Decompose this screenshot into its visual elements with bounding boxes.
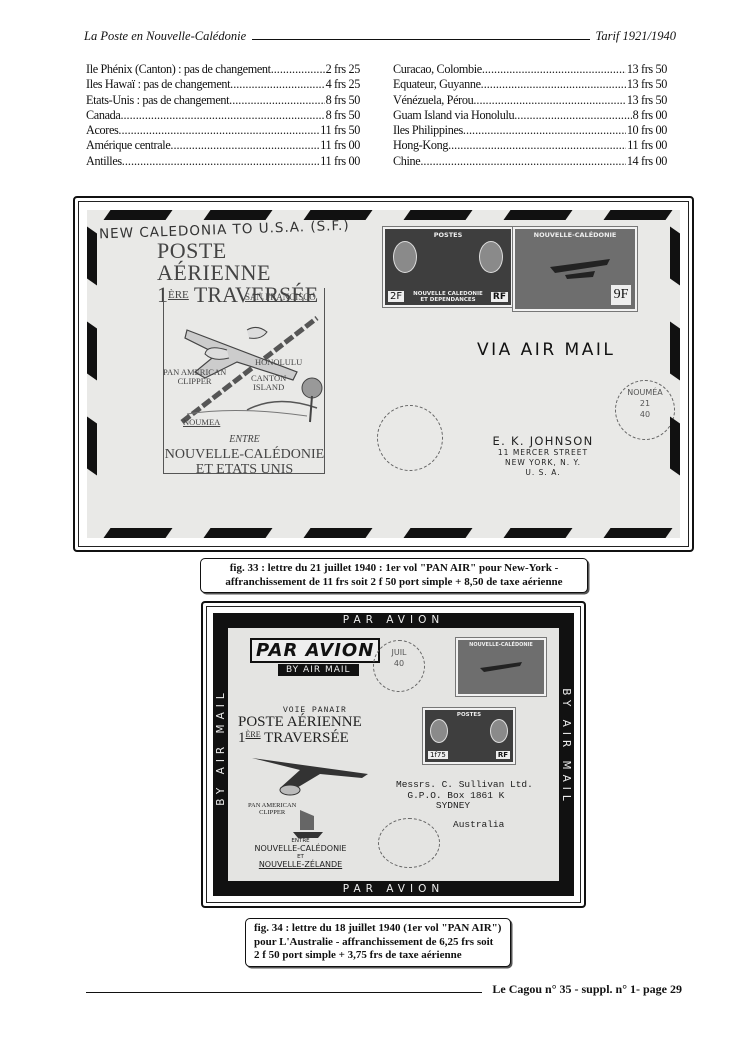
- rate-row: Curacao, Colombie13 frs 50: [393, 62, 667, 77]
- leader-dots: [271, 62, 325, 77]
- footer-page-reference: Le Cagou n° 35 - suppl. n° 1- page 29: [492, 982, 682, 997]
- cachet-san-francisco: SAN FRANCISCO: [245, 292, 316, 302]
- rate-row: Antilles11 frs 00: [86, 154, 360, 169]
- footer-rule: [86, 992, 482, 993]
- rate-row: Iles Hawaï : pas de changement4 frs 25: [86, 77, 360, 92]
- rate-destination: Curacao, Colombie: [393, 62, 482, 77]
- transit-postmark: [377, 405, 443, 471]
- rate-destination: Ile Phénix (Canton) : pas de changement: [86, 62, 271, 77]
- rate-destination: Iles Hawaï : pas de changement: [86, 77, 230, 92]
- rate-destination: Chine: [393, 154, 420, 169]
- stamp-9f-airmail: NOUVELLE-CALÉDONIE 9F: [513, 227, 637, 311]
- airmail-stripe: [87, 226, 97, 285]
- airmail-stripe: [403, 210, 472, 220]
- rate-price: 14 frs 00: [626, 154, 667, 169]
- airmail-stripe: [670, 321, 680, 380]
- recipient-address: E. K. JOHNSON 11 MERCER STREET NEW YORK,…: [473, 434, 613, 478]
- border-par-avion-top: PAR AVION: [213, 614, 574, 626]
- leader-dots: [463, 123, 626, 138]
- figure-34-frame: PAR AVION PAR AVION BY AIR MAIL BY AIR M…: [201, 601, 586, 908]
- figure-33-frame: NEW CALEDONIA TO U.S.A. (S.F.) POSTE AÉR…: [73, 196, 694, 552]
- rate-row: Vénézuela, Pérou13 frs 50: [393, 93, 667, 108]
- leader-dots: [170, 138, 319, 153]
- border-by-air-mail-right: BY AIR MAIL: [560, 621, 572, 873]
- rate-destination: Etats-Unis : pas de changement: [86, 93, 229, 108]
- cachet-title: POSTE AÉRIENNE: [157, 240, 332, 284]
- leader-dots: [230, 77, 324, 92]
- leader-dots: [122, 154, 319, 169]
- airmail-stripe: [203, 210, 272, 220]
- cachet-pan-american: PAN AMERICANCLIPPER: [163, 368, 226, 386]
- rate-row: Guam Island via Honolulu8 frs 00: [393, 108, 667, 123]
- envelope-fig33: NEW CALEDONIA TO U.S.A. (S.F.) POSTE AÉR…: [87, 210, 680, 538]
- noumea-postmark-fig34: JUIL 40: [373, 640, 425, 692]
- airmail-stripe: [303, 210, 372, 220]
- rates-list-right: Curacao, Colombie13 frs 50Equateur, Guya…: [393, 62, 667, 169]
- envelope-fig34: PAR AVION PAR AVION BY AIR MAIL BY AIR M…: [213, 613, 574, 896]
- rate-row: Acores11 frs 50: [86, 123, 360, 138]
- rate-destination: Equateur, Guyanne: [393, 77, 481, 92]
- stamp-2f: POSTES NOUVELLE CALEDONIEET DEPENDANCES …: [383, 227, 513, 307]
- leader-dots: [118, 123, 319, 138]
- leader-dots: [473, 93, 625, 108]
- rate-price: 11 frs 50: [319, 123, 360, 138]
- recipient-address-fig34: Messrs. C. Sullivan Ltd. G.P.O. Box 1861…: [396, 780, 533, 830]
- rate-row: Equateur, Guyanne13 frs 50: [393, 77, 667, 92]
- airmail-stripe: [87, 321, 97, 380]
- leader-dots: [514, 108, 631, 123]
- sailing-ship-icon: [288, 806, 328, 840]
- figure-33-caption: fig. 33 : lettre du 21 juillet 1940 : 1e…: [200, 558, 588, 593]
- airmail-stripe: [670, 226, 680, 285]
- rate-destination: Hong-Kong: [393, 138, 448, 153]
- leader-dots: [481, 77, 626, 92]
- cachet-noumea: NOUMEA: [183, 418, 220, 427]
- rate-row: Ile Phénix (Canton) : pas de changement2…: [86, 62, 360, 77]
- rate-price: 8 frs 00: [632, 108, 667, 123]
- figure-34-caption: fig. 34 : lettre du 18 juillet 1940 (1er…: [245, 918, 511, 967]
- rate-price: 8 frs 50: [325, 108, 360, 123]
- airmail-stripe: [603, 528, 672, 538]
- rate-destination: Acores: [86, 123, 118, 138]
- leader-dots: [482, 62, 626, 77]
- airmail-stripe: [670, 416, 680, 475]
- header-title-right: Tarif 1921/1940: [596, 29, 676, 44]
- rate-row: Canada8 frs 50: [86, 108, 360, 123]
- airmail-stripe: [603, 210, 672, 220]
- clipper-airplane-icon: [250, 752, 370, 802]
- border-by-air-mail-left: BY AIR MAIL: [215, 621, 227, 873]
- par-avion-label: PAR AVION BY AIR MAIL: [250, 638, 380, 663]
- rate-row: Iles Philippines10 frs 00: [393, 123, 667, 138]
- airmail-stripe: [87, 416, 97, 475]
- airmail-stripe: [403, 528, 472, 538]
- rate-destination: Iles Philippines: [393, 123, 463, 138]
- leader-dots: [420, 154, 625, 169]
- airmail-stripe: [103, 528, 172, 538]
- rate-row: Amérique centrale11 frs 00: [86, 138, 360, 153]
- stamp-1f75: POSTES 1f75 RF: [423, 708, 515, 764]
- rate-row: Hong-Kong11 frs 00: [393, 138, 667, 153]
- rate-destination: Canada: [86, 108, 120, 123]
- rate-row: Etats-Unis : pas de changement8 frs 50: [86, 93, 360, 108]
- rate-price: 13 frs 50: [626, 77, 667, 92]
- rate-price: 13 frs 50: [626, 93, 667, 108]
- rate-price: 10 frs 00: [626, 123, 667, 138]
- rate-destination: Vénézuela, Pérou: [393, 93, 473, 108]
- envelope-fig34-face: PAR AVION BY AIR MAIL JUIL 40 NOUVELLE-C…: [228, 628, 559, 881]
- via-air-mail-label: VIA AIR MAIL: [477, 340, 615, 360]
- header-rule: [252, 39, 589, 40]
- airmail-stripe: [503, 528, 572, 538]
- rate-price: 11 frs 00: [319, 138, 360, 153]
- rate-destination: Guam Island via Honolulu: [393, 108, 514, 123]
- page-footer: Le Cagou n° 35 - suppl. n° 1- page 29: [86, 982, 682, 997]
- cachet-canton: CANTONISLAND: [251, 374, 286, 392]
- leader-dots: [229, 93, 324, 108]
- first-flight-cachet: POSTE AÉRIENNE 1ÈRE TRAVERSÉE SAN FRANCI…: [157, 240, 332, 480]
- noumea-postmark: NOUMÉA 21 40: [615, 380, 675, 440]
- rate-price: 11 frs 00: [319, 154, 360, 169]
- cachet-bottom-text: ENTRE NOUVELLE-CALÉDONIE ET ETATS UNIS: [157, 432, 332, 477]
- rate-price: 11 frs 00: [626, 138, 667, 153]
- rate-price: 8 frs 50: [325, 93, 360, 108]
- rate-destination: Antilles: [86, 154, 122, 169]
- header-title-left: La Poste en Nouvelle-Calédonie: [84, 29, 246, 44]
- airmail-stripe: [303, 528, 372, 538]
- rate-row: Chine14 frs 00: [393, 154, 667, 169]
- rate-destination: Amérique centrale: [86, 138, 170, 153]
- airmail-stripe: [503, 210, 572, 220]
- leader-dots: [448, 138, 626, 153]
- seaplane-icon: [476, 654, 526, 682]
- rate-price: 2 frs 25: [325, 62, 360, 77]
- stamp-1f50-airmail: NOUVELLE-CALÉDONIE: [456, 638, 546, 696]
- airmail-stripe: [203, 528, 272, 538]
- border-par-avion-bottom: PAR AVION: [213, 883, 574, 895]
- leader-dots: [120, 108, 324, 123]
- rates-list-left: Ile Phénix (Canton) : pas de changement2…: [86, 62, 360, 169]
- rate-price: 4 frs 25: [325, 77, 360, 92]
- airmail-stripe: [103, 210, 172, 220]
- page-header: La Poste en Nouvelle-Calédonie Tarif 192…: [84, 24, 676, 44]
- rate-price: 13 frs 50: [626, 62, 667, 77]
- cachet-honolulu: HONOLULU: [255, 358, 302, 367]
- seaplane-icon: [545, 247, 615, 287]
